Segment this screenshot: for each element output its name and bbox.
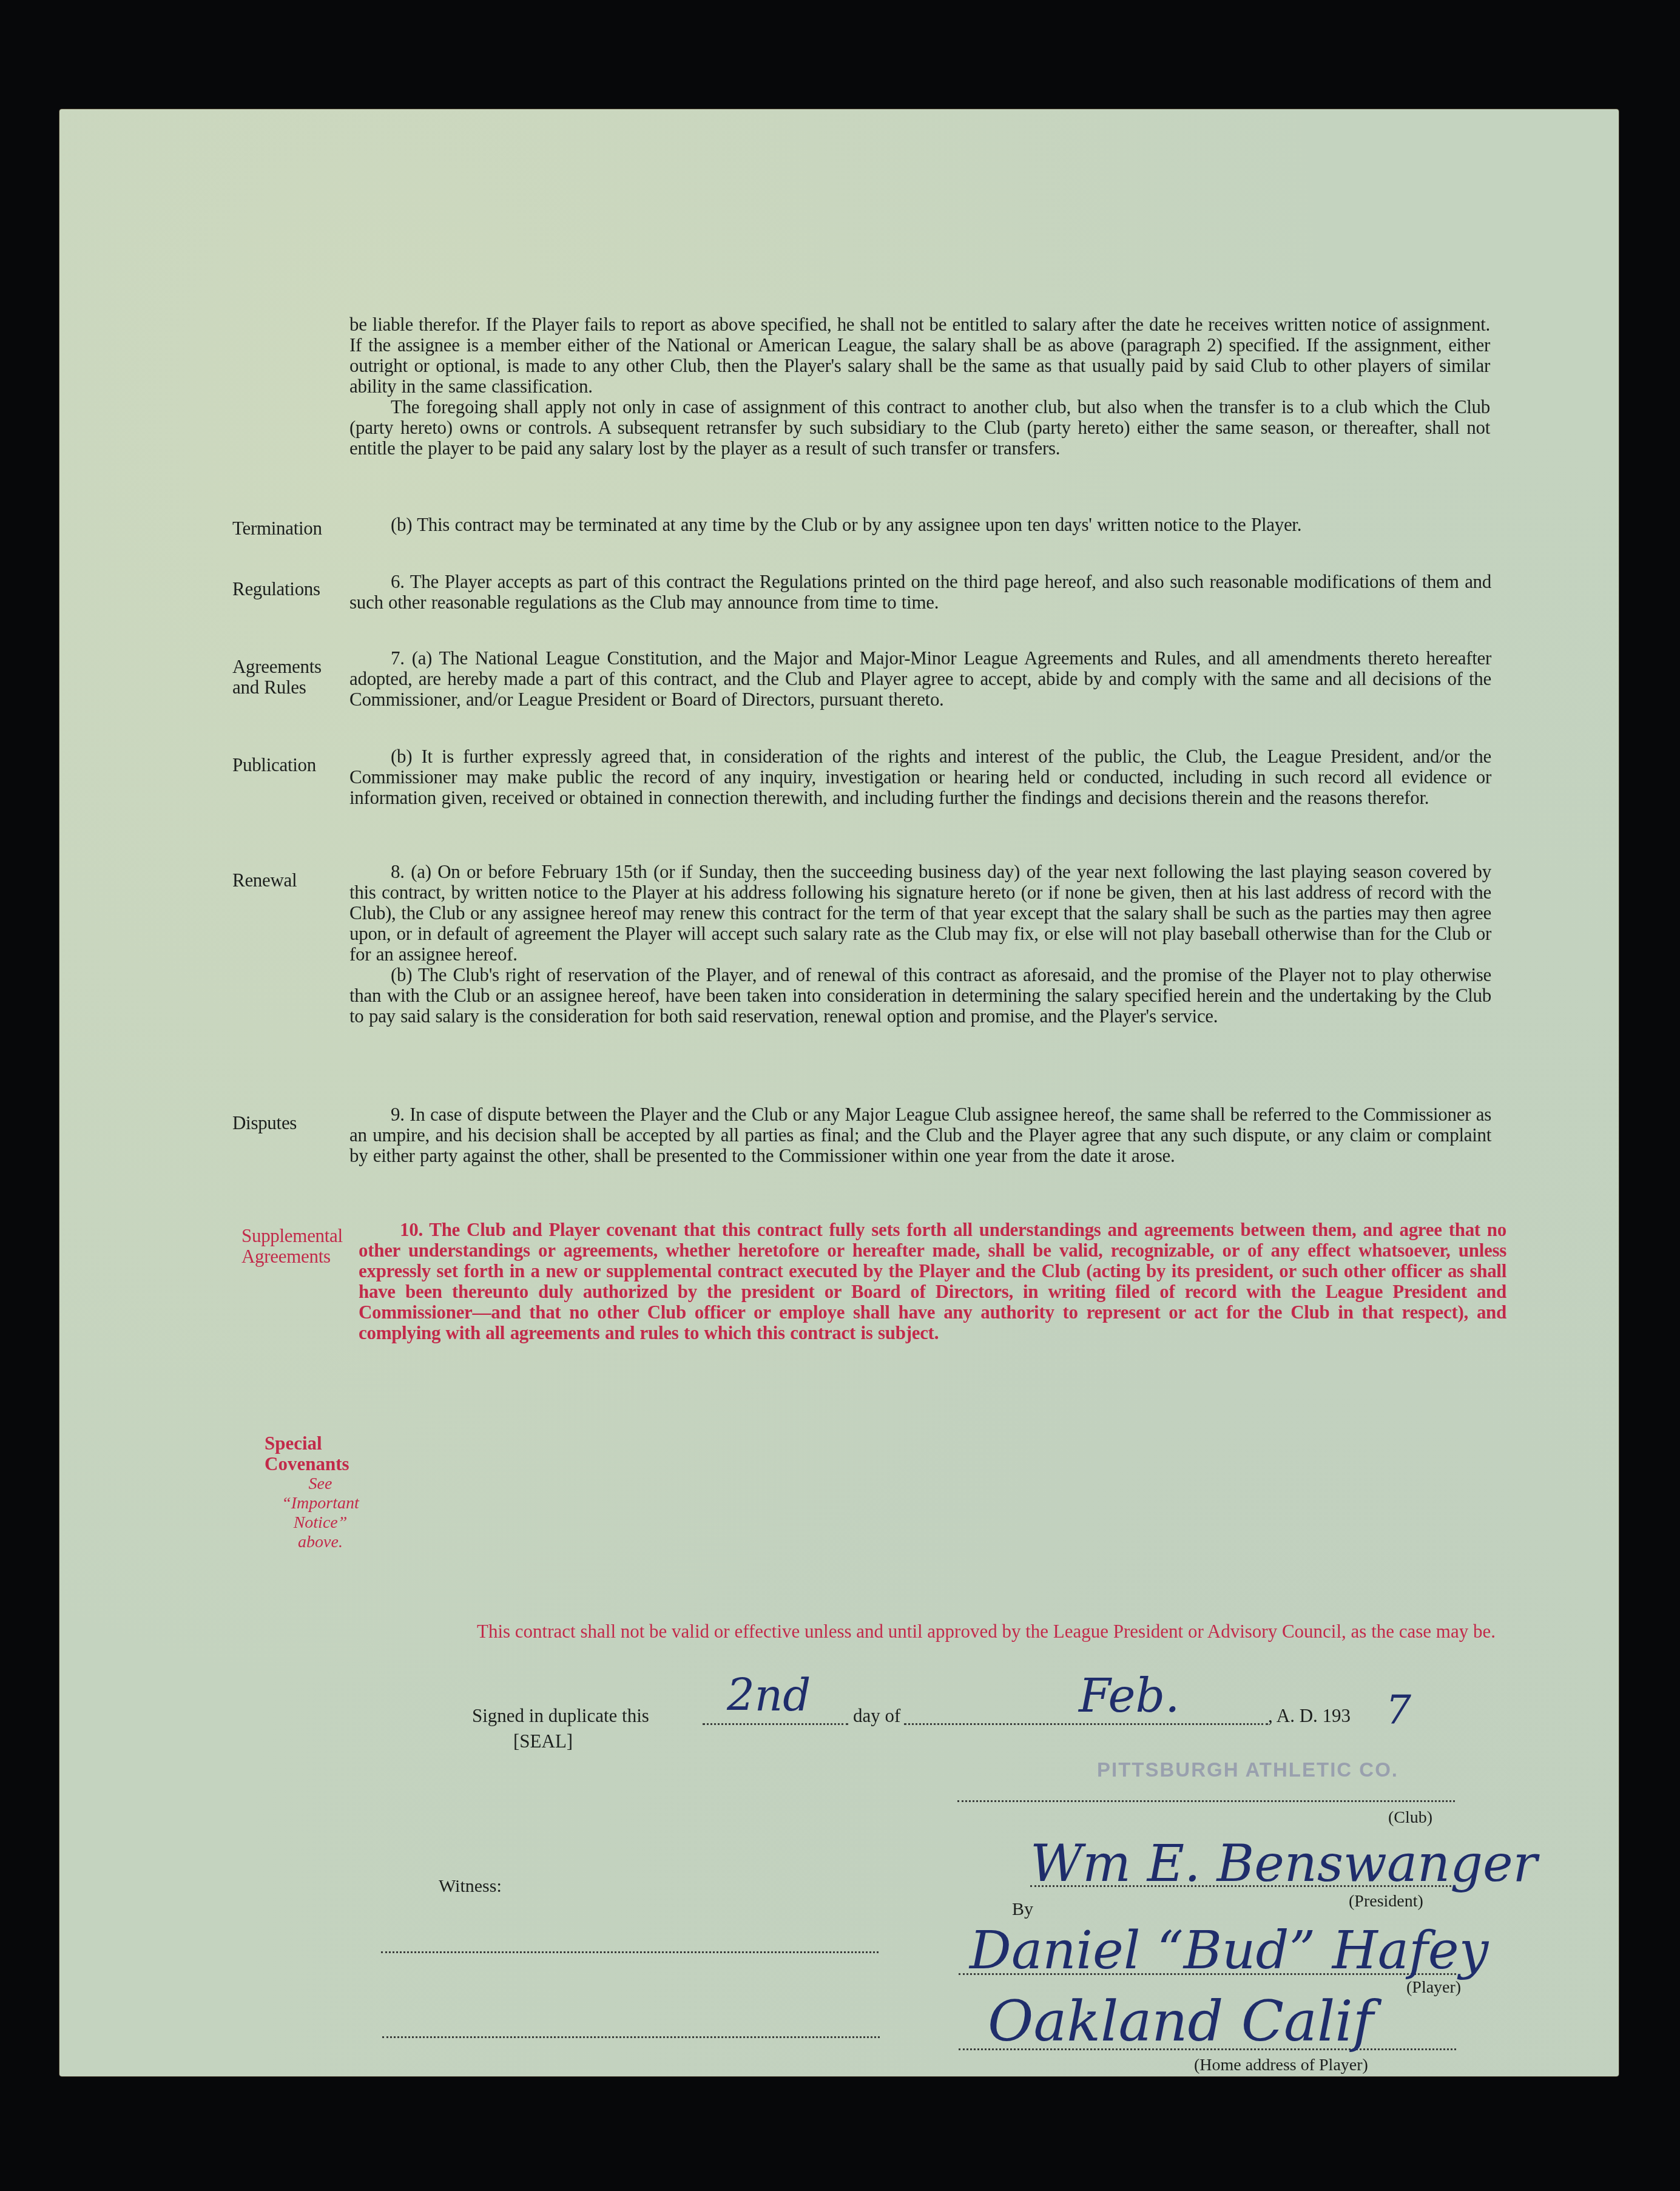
special-covenants-title-1: Special <box>265 1433 381 1454</box>
year-prefix: , A. D. 193 <box>1268 1705 1351 1727</box>
special-covenants-note-2: “Important <box>260 1494 381 1513</box>
supplemental-agreements-text: 10. The Club and Player covenant that th… <box>359 1220 1506 1343</box>
club-caption: (Club) <box>1388 1808 1432 1828</box>
publication-text: (b) It is further expressly agreed that,… <box>349 746 1491 808</box>
day-field-line <box>703 1723 848 1725</box>
side-label-regulations: Regulations <box>232 579 354 599</box>
month-handwritten[interactable]: Feb. <box>1079 1669 1179 1723</box>
section-termination: Termination (b) This contract may be ter… <box>232 515 1491 535</box>
side-label-agreements-rules: Agreements and Rules <box>232 657 348 698</box>
section-regulations: Regulations 6. The Player accepts as par… <box>232 572 1491 613</box>
club-stamp: PITTSBURGH ATHLETIC CO. <box>1097 1758 1398 1781</box>
president-signature[interactable]: Wm E. Benswanger <box>1030 1834 1537 1893</box>
renewal-text-a: 8. (a) On or before February 15th (or if… <box>349 862 1491 965</box>
witness-line-2[interactable] <box>382 2036 880 2038</box>
section-disputes: Disputes 9. In case of dispute between t… <box>232 1104 1491 1166</box>
section-supplemental-agreements: Supplemental Agreements 10. The Club and… <box>241 1220 1506 1343</box>
day-handwritten[interactable]: 2nd <box>727 1670 811 1721</box>
intro-paragraph-1: be liable therefor. If the Player fails … <box>349 314 1490 397</box>
seal-label: [SEAL] <box>513 1730 573 1752</box>
president-caption: (President) <box>1349 1892 1423 1911</box>
termination-text: (b) This contract may be terminated at a… <box>349 515 1491 535</box>
club-signature-line <box>957 1800 1455 1802</box>
special-covenants-note-4: above. <box>260 1533 381 1552</box>
player-caption: (Player) <box>1406 1978 1461 1997</box>
intro-paragraph-2: The foregoing shall apply not only in ca… <box>349 397 1490 459</box>
signed-prefix: Signed in duplicate this <box>472 1705 649 1727</box>
agreements-rules-text: 7. (a) The National League Constitution,… <box>349 648 1491 710</box>
side-label-termination: Termination <box>232 518 354 539</box>
special-covenants-note: Special Covenants See “Important Notice”… <box>260 1433 381 1552</box>
witness-line-1[interactable] <box>381 1951 879 1953</box>
day-of-label: day of <box>853 1705 900 1727</box>
signing-date-line: Signed in duplicate this 2nd day of Feb.… <box>472 1705 1516 1729</box>
assignment-continuation: be liable therefor. If the Player fails … <box>349 314 1490 459</box>
special-covenants-note-1: See <box>260 1474 381 1494</box>
section-publication: Publication (b) It is further expressly … <box>232 746 1491 808</box>
side-label-disputes: Disputes <box>232 1113 354 1133</box>
renewal-text-b: (b) The Club's right of reservation of t… <box>349 965 1491 1027</box>
year-handwritten[interactable]: 7 <box>1386 1687 1411 1734</box>
home-address-handwritten[interactable]: Oakland Calif <box>988 1989 1374 2054</box>
home-address-caption: (Home address of Player) <box>1194 2056 1368 2075</box>
contract-page: be liable therefor. If the Player fails … <box>59 109 1619 2076</box>
side-label-supplemental-agreements: Supplemental Agreements <box>241 1226 351 1267</box>
disputes-text: 9. In case of dispute between the Player… <box>349 1104 1491 1166</box>
month-field-line <box>904 1723 1268 1725</box>
witness-label: Witness: <box>439 1876 502 1897</box>
contract-content: be liable therefor. If the Player fails … <box>59 109 1619 2076</box>
validity-notice: This contract shall not be valid or effe… <box>430 1621 1497 1642</box>
side-label-publication: Publication <box>232 755 354 775</box>
section-renewal: Renewal 8. (a) On or before February 15t… <box>232 862 1491 1027</box>
special-covenants-title-2: Covenants <box>265 1454 381 1474</box>
regulations-text: 6. The Player accepts as part of this co… <box>349 572 1491 613</box>
section-agreements-rules: Agreements and Rules 7. (a) The National… <box>232 648 1491 710</box>
player-signature[interactable]: Daniel “Bud” Hafey <box>970 1920 1488 1981</box>
special-covenants-note-3: Notice” <box>260 1513 381 1533</box>
by-label: By <box>1012 1899 1033 1920</box>
side-label-renewal: Renewal <box>232 870 354 891</box>
